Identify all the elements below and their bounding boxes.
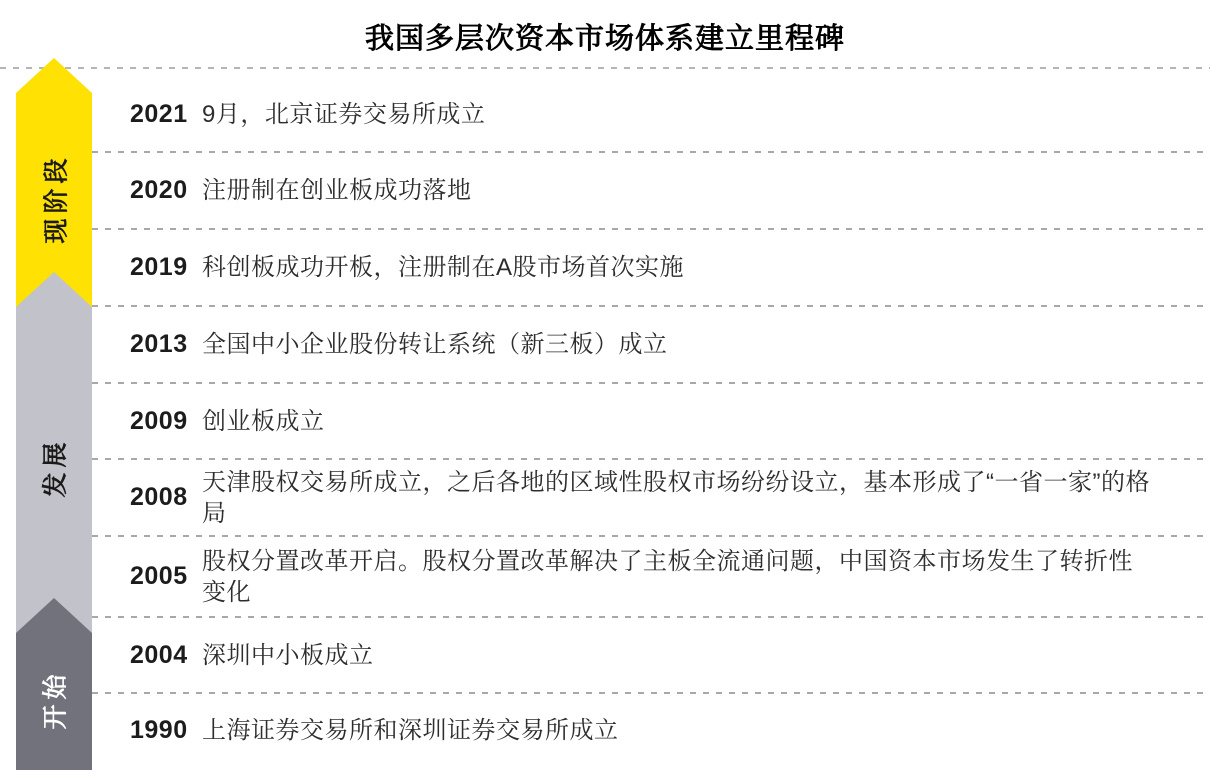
segment-label-current: 现阶段: [36, 153, 72, 248]
timeline-row: 2005 股权分置改革开启。股权分置改革解决了主板全流通问题，中国资本市场发生了…: [92, 536, 1210, 617]
timeline-row: 2019 科创板成功开板，注册制在A股市场首次实施: [92, 229, 1210, 306]
timeline-row: 2008 天津股权交易所成立，之后各地的区域性股权市场纷纷设立，基本形成了“一省…: [92, 459, 1210, 536]
timeline-row: 2021 9月，北京证券交易所成立: [92, 76, 1210, 152]
infographic-page: 我国多层次资本市场体系建立里程碑 现阶段 发展 开始 2021 9月，北京证券交…: [0, 0, 1210, 776]
timeline-arrow-ribbon: 现阶段 发展 开始: [16, 0, 92, 776]
year-label: 2008: [92, 483, 202, 512]
year-label: 2009: [92, 407, 202, 436]
segment-label-start: 开始: [36, 669, 72, 734]
year-label: 2013: [92, 330, 202, 359]
year-label: 2005: [92, 562, 202, 591]
year-label: 2021: [92, 100, 202, 129]
page-title: 我国多层次资本市场体系建立里程碑: [0, 16, 1210, 57]
top-dashed-frame-line: [0, 67, 1210, 69]
milestone-text: 全国中小企业股份转让系统（新三板）成立: [202, 329, 1152, 360]
timeline-row: 2009 创业板成立: [92, 383, 1210, 459]
milestone-text: 注册制在创业板成功落地: [202, 175, 1152, 206]
timeline-row: 2020 注册制在创业板成功落地: [92, 152, 1210, 229]
milestone-text: 天津股权交易所成立，之后各地的区域性股权市场纷纷设立，基本形成了“一省一家”的格…: [202, 467, 1152, 529]
timeline-segment-development: 发展: [16, 272, 92, 633]
segment-label-development: 发展: [36, 437, 72, 502]
timeline-segment-current: 现阶段: [16, 58, 92, 308]
timeline-segment-start: 开始: [16, 598, 92, 770]
timeline-row: 1990 上海证券交易所和深圳证券交易所成立: [92, 693, 1210, 768]
milestone-text: 深圳中小板成立: [202, 640, 1152, 671]
year-label: 1990: [92, 716, 202, 745]
year-label: 2020: [92, 176, 202, 205]
milestone-rows: 2021 9月，北京证券交易所成立 2020 注册制在创业板成功落地 2019 …: [92, 76, 1210, 768]
year-label: 2004: [92, 641, 202, 670]
timeline-row: 2004 深圳中小板成立: [92, 617, 1210, 693]
milestone-text: 创业板成立: [202, 406, 1152, 437]
milestone-text: 9月，北京证券交易所成立: [202, 99, 1152, 130]
year-label: 2019: [92, 253, 202, 282]
milestone-text: 上海证券交易所和深圳证券交易所成立: [202, 715, 1152, 746]
timeline-row: 2013 全国中小企业股份转让系统（新三板）成立: [92, 306, 1210, 383]
milestone-text: 科创板成功开板，注册制在A股市场首次实施: [202, 252, 1152, 283]
milestone-text: 股权分置改革开启。股权分置改革解决了主板全流通问题，中国资本市场发生了转折性变化: [202, 546, 1152, 608]
